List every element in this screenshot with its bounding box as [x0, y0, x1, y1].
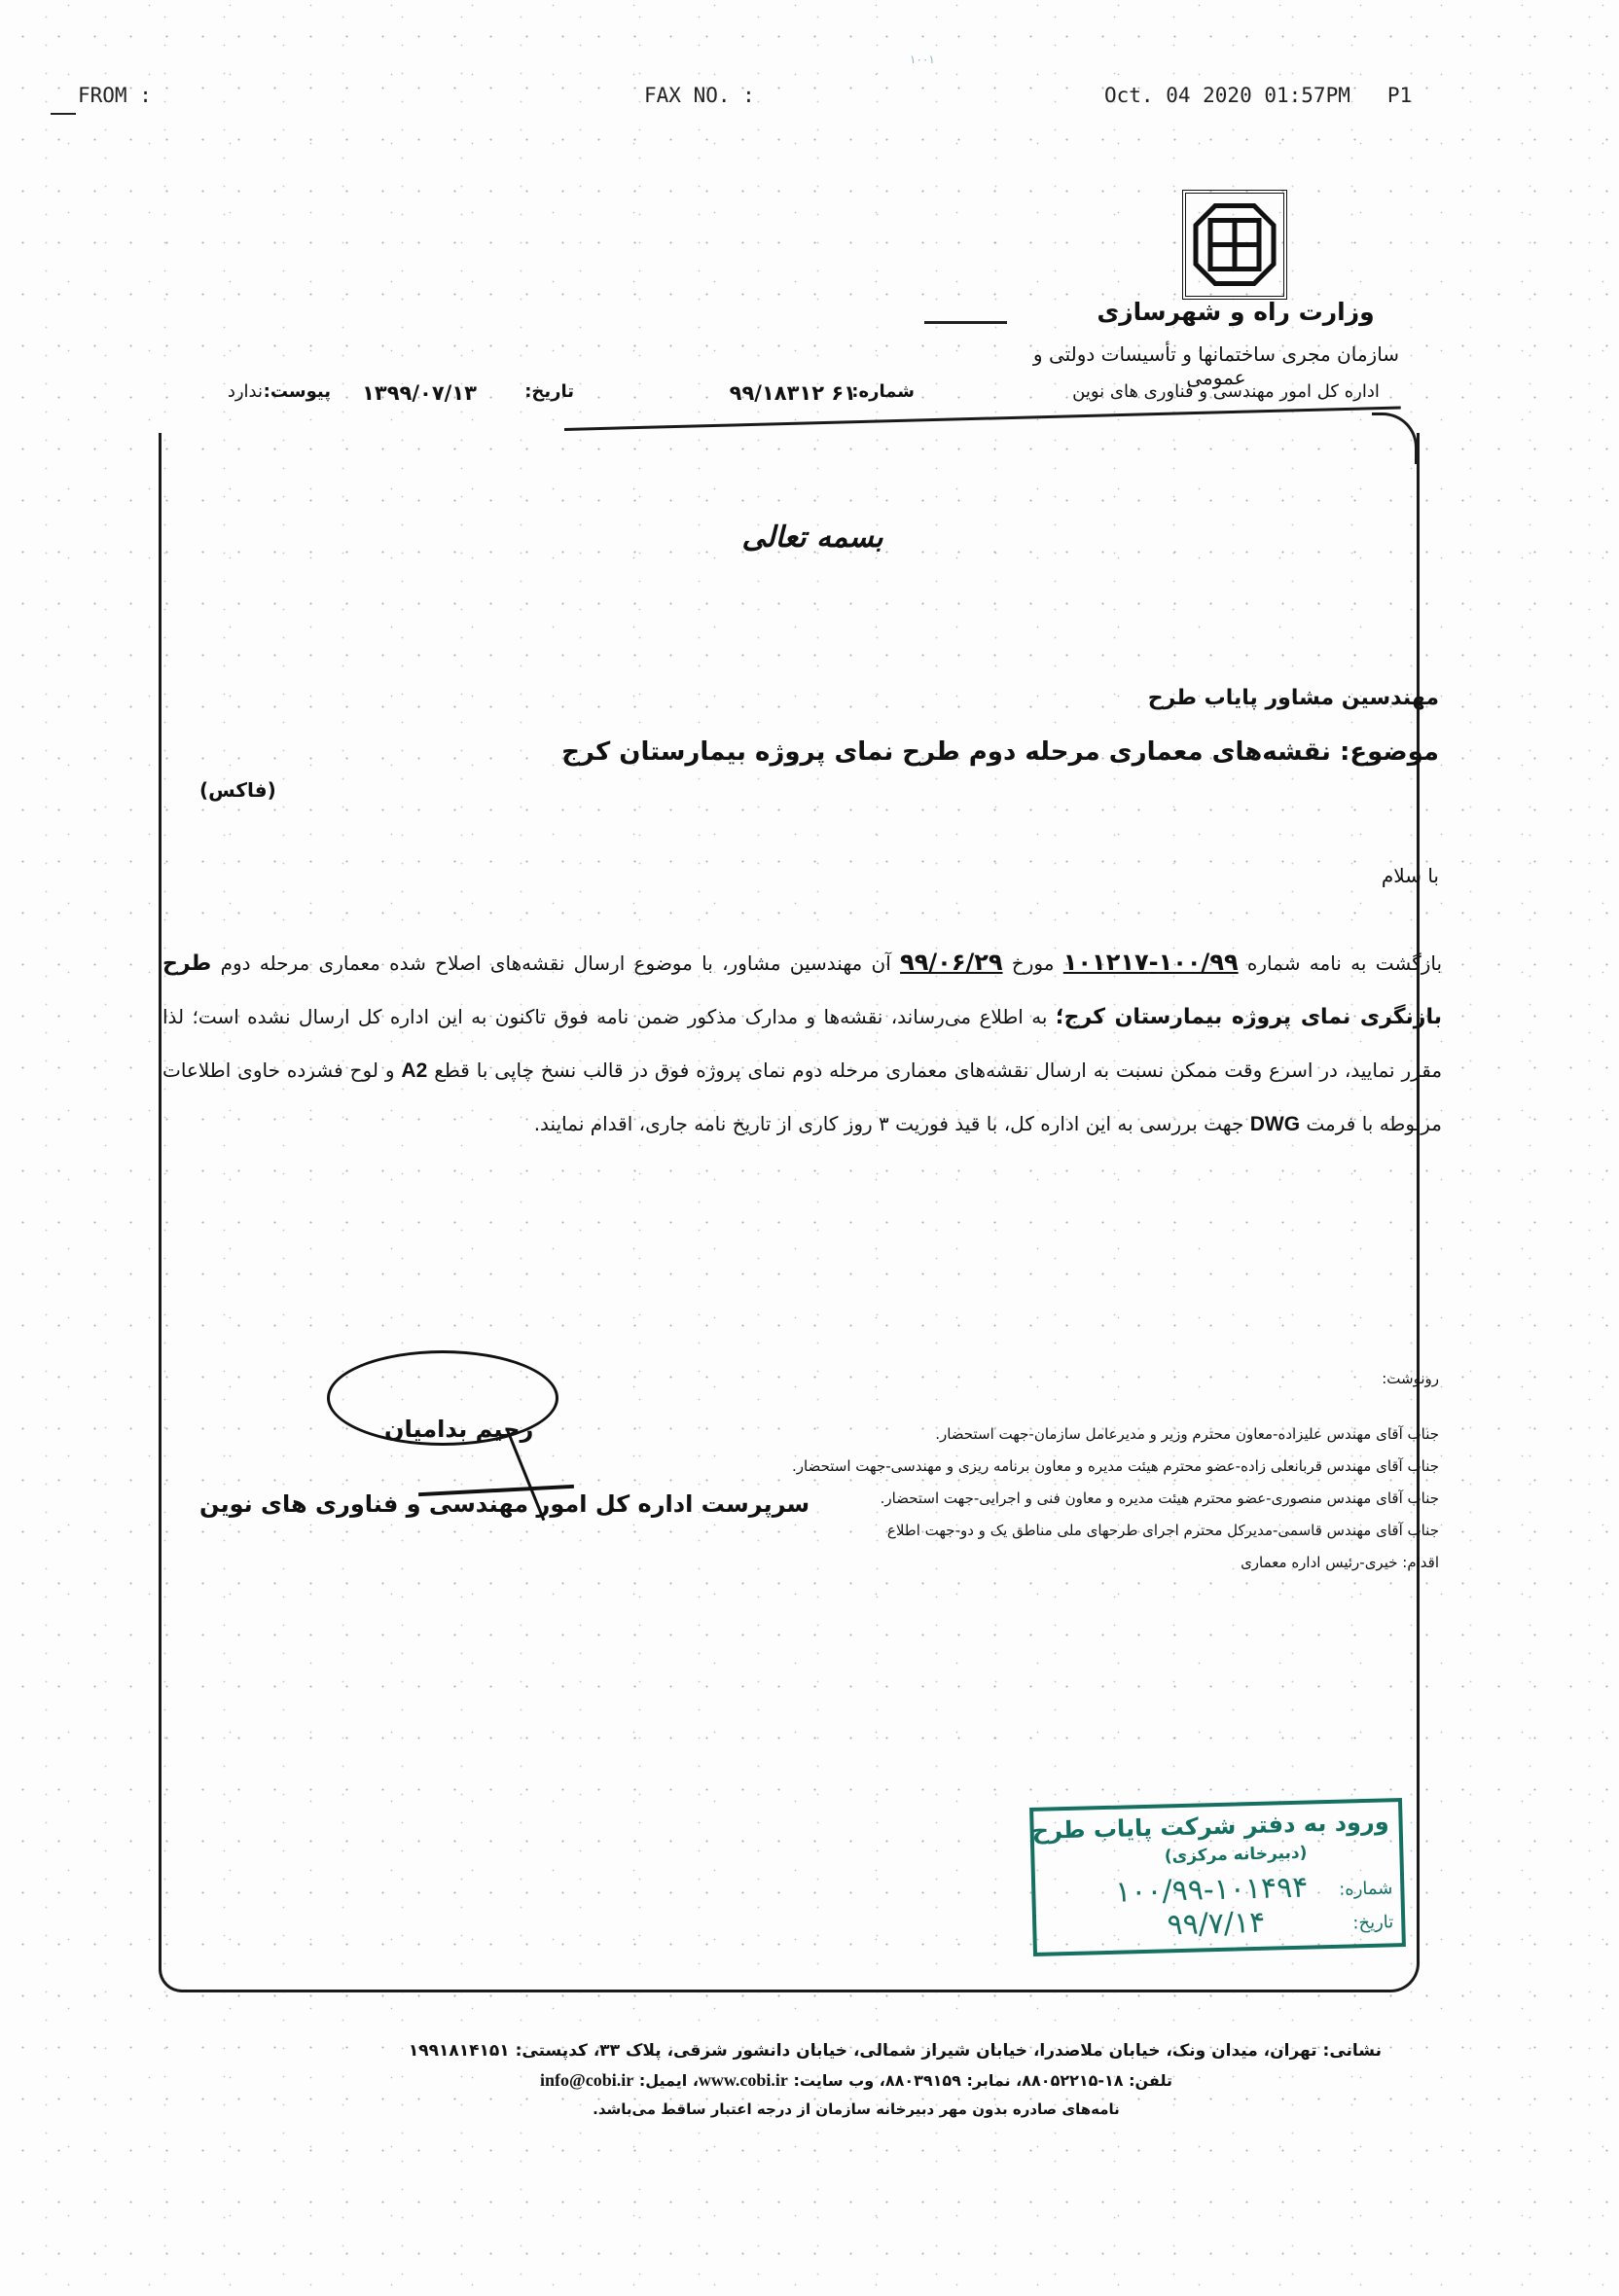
fax-timestamp: Oct. 04 2020 01:57PM P1 [1104, 84, 1412, 107]
body-text: آن مهندسین مشاور، با موضوع ارسال نقشه‌ها… [221, 951, 891, 975]
signatory-name: رحیم بدامیان [384, 1416, 533, 1443]
letter-date: ۱۳۹۹/۰۷/۱۳ [362, 381, 477, 405]
letter-frame [159, 433, 1420, 1992]
recipient: مهندسین مشاور پایاب طرح [1148, 686, 1439, 710]
fax-from-label: FROM : [78, 84, 152, 107]
letter-metadata: شماره: ۶۱ ۹۹/۱۸۳۱۲ تاریخ: ۱۳۹۹/۰۷/۱۳ پیو… [175, 381, 915, 411]
footer-address: نشانی: تهران، میدان ونک، خیابان ملاصدرا،… [321, 2041, 1391, 2061]
handwritten-mark: ۱۰۰۱ [910, 53, 935, 66]
letter-body: بازگشت به نامه شماره ۱۰۰/۹۹-۱۰۱۲۱۷ مورخ … [162, 936, 1442, 1151]
reference-date: ۹۹/۰۶/۲۹ [900, 949, 1002, 976]
footer-contact: تلفن: ۱۸-۸۸۰۵۲۲۱۵، نمابر: ۸۸۰۳۹۱۵۹، وب س… [321, 2070, 1391, 2091]
footer-website: www.cobi.ir [699, 2070, 788, 2090]
received-stamp: ورود به دفتر شرکت پایاب طرح (دبیرخانه مر… [1029, 1798, 1406, 1956]
cc-label: رونوشت: [1382, 1370, 1439, 1387]
cc-item: جناب آقای مهندس قربانعلی زاده-عضو محترم … [700, 1451, 1439, 1483]
cc-item: جناب آقای مهندس منصوری-عضو محترم هیئت مد… [700, 1483, 1439, 1515]
subject-text: نقشه‌های معماری مرحله دوم طرح نمای پروژه… [561, 737, 1331, 767]
letter-footer: نشانی: تهران، میدان ونک، خیابان ملاصدرا،… [321, 2041, 1391, 2128]
reference-number: ۱۰۰/۹۹-۱۰۱۲۱۷ [1063, 949, 1239, 976]
footer-note: نامه‌های صادره بدون مهر دبیرخانه سازمان … [321, 2100, 1391, 2118]
department-name: اداره کل امور مهندسی و فناوری های نوین [1051, 381, 1401, 402]
cc-item: جناب آقای مهندس قاسمی-مدیرکل محترم اجرای… [700, 1515, 1439, 1547]
subject-line: موضوع: نقشه‌های معماری مرحله دوم طرح نما… [369, 733, 1439, 771]
greeting: با سلام [1382, 864, 1439, 887]
cc-item: جناب آقای مهندس علیزاده-معاون محترم وزیر… [700, 1418, 1439, 1451]
attachment-value: ندارد [228, 381, 263, 402]
fax-from-underline [51, 113, 76, 115]
stamp-date-label: تاریخ: [1352, 1912, 1393, 1933]
stamp-number: ۱۰۰/۹۹-۱۰۱۴۹۴ [1115, 1871, 1309, 1910]
delivery-tag: (فاکس) [199, 778, 276, 802]
stamp-subtitle: (دبیرخانه مرکزی) [1165, 1844, 1308, 1867]
footer-email: info@cobi.ir [540, 2070, 633, 2090]
subject-label: موضوع: [1340, 737, 1439, 767]
file-format: DWG [1250, 1113, 1300, 1135]
footer-phone: تلفن: ۱۸-۸۸۰۵۲۲۱۵، نمابر: ۸۸۰۳۹۱۵۹، وب س… [793, 2071, 1172, 2090]
fax-page: P1 [1387, 84, 1412, 107]
attachment-label: پیوست: [264, 381, 331, 402]
ministry-name: وزارت راه و شهرسازی [1090, 298, 1382, 326]
cc-item: اقدام: خیری-رئیس اداره معماری [700, 1547, 1439, 1579]
stamp-title: ورود به دفتر شرکت پایاب طرح [1031, 1808, 1389, 1845]
letter-number: ۶۱ ۹۹/۱۸۳۱۲ [730, 381, 856, 405]
stamp-date: ۹۹/۷/۱۴ [1167, 1906, 1266, 1943]
footer-email-label: ، ایمیل: [639, 2071, 699, 2090]
date-label: تاریخ: [524, 381, 574, 402]
fax-transmission-header: FROM : FAX NO. : Oct. 04 2020 01:57PM P1 [0, 84, 1619, 113]
body-text: مورخ [1012, 951, 1055, 975]
divider [924, 321, 1007, 324]
cc-list: جناب آقای مهندس علیزاده-معاون محترم وزیر… [700, 1418, 1439, 1579]
fax-datetime: Oct. 04 2020 01:57PM [1104, 84, 1350, 107]
body-text: بازگشت به نامه شماره [1247, 951, 1442, 975]
stamp-number-label: شماره: [1339, 1878, 1393, 1899]
fax-number-label: FAX NO. : [644, 84, 755, 107]
invocation: بسمه تعالی [739, 520, 885, 555]
ministry-emblem-icon [1182, 190, 1287, 300]
body-text: جهت بررسی به این اداره کل، با قید فوریت … [534, 1112, 1244, 1135]
number-label: شماره: [851, 381, 915, 402]
paper-size: A2 [401, 1059, 427, 1082]
